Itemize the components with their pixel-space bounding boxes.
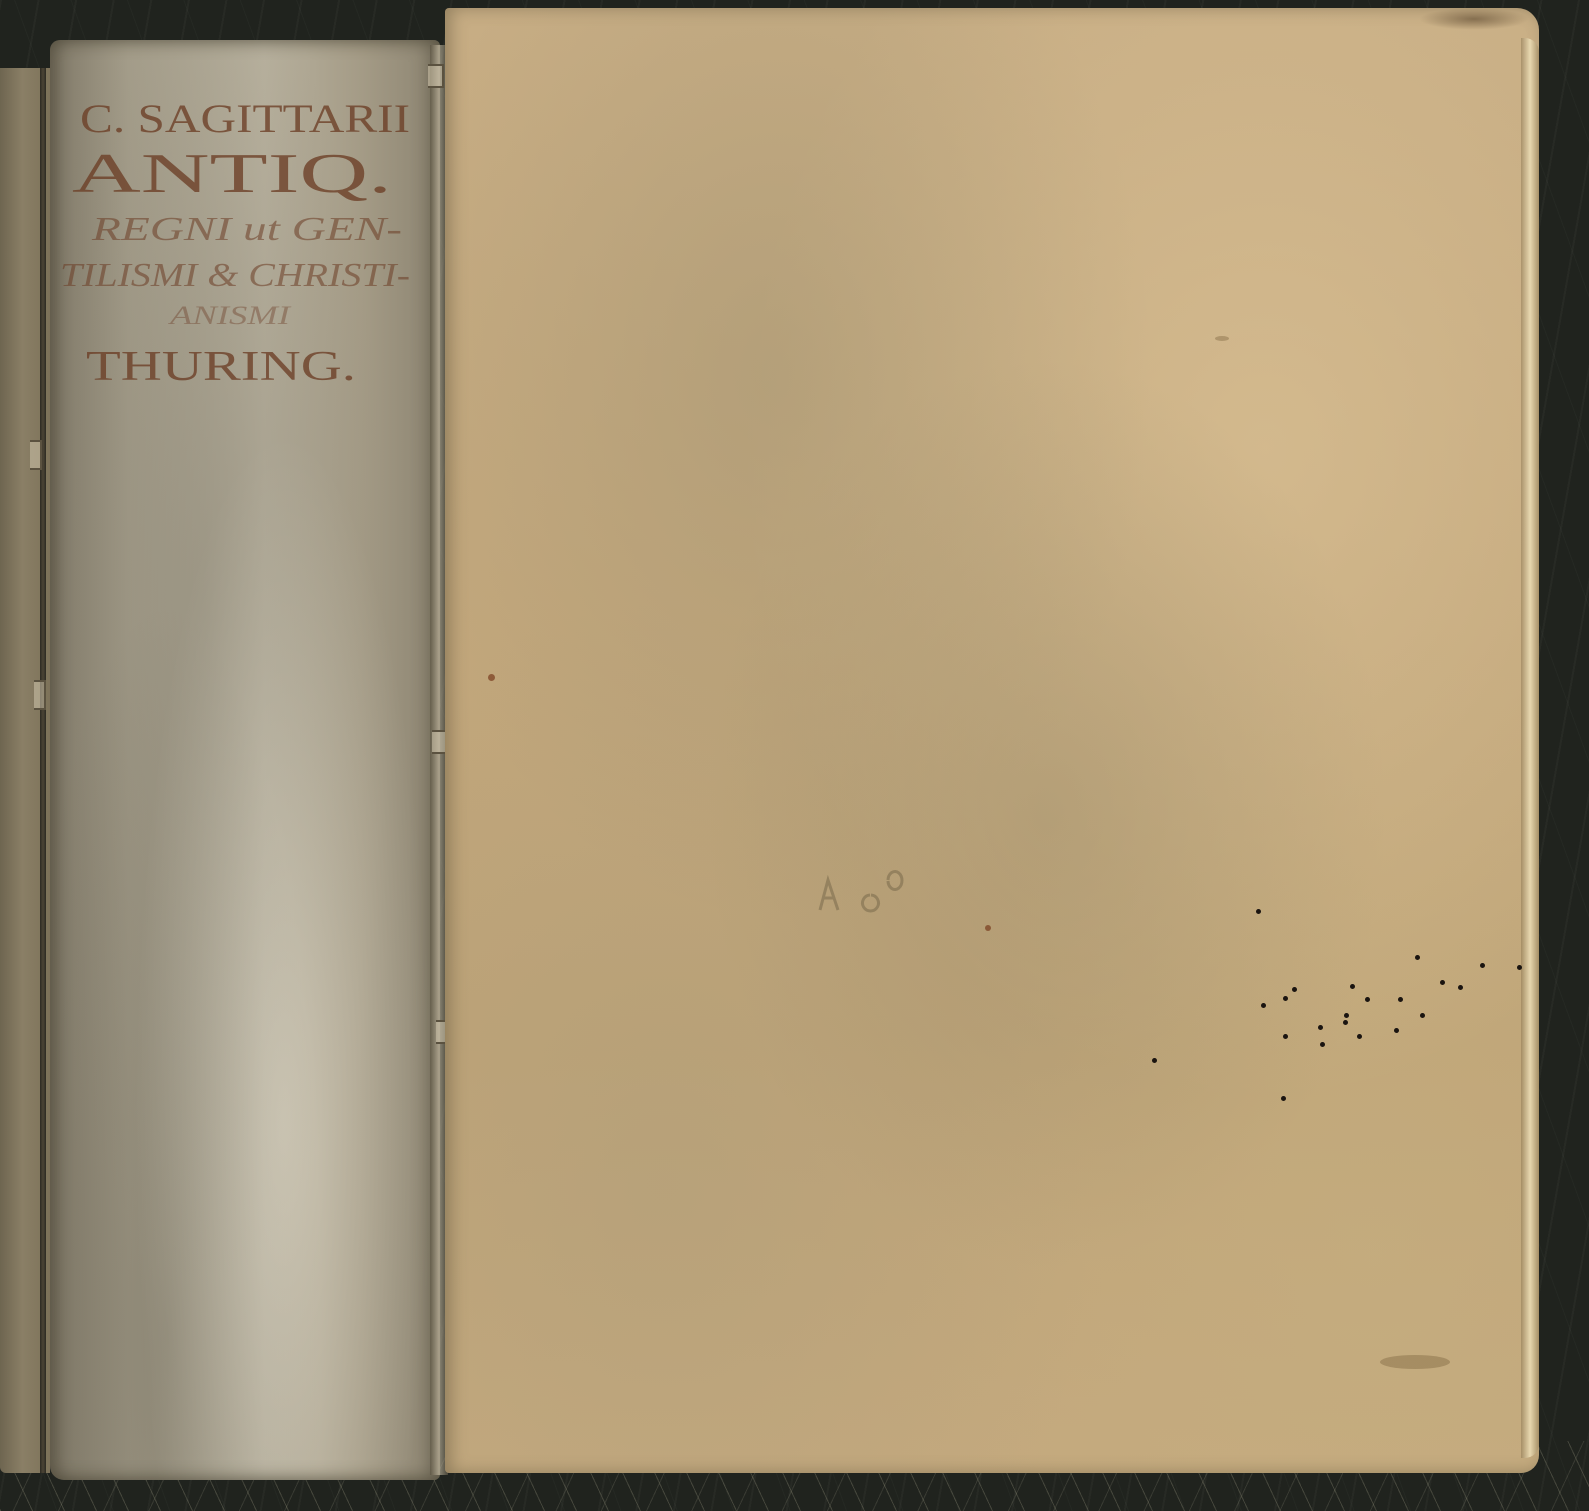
cover-corner-wear bbox=[1419, 8, 1529, 30]
wormhole bbox=[1415, 955, 1420, 960]
spine-line-anismi: ANISMI bbox=[167, 301, 292, 330]
spine-title: C. SAGITTARII ANTIQ. REGNI ut GEN- TILIS… bbox=[50, 80, 440, 440]
wormhole bbox=[1517, 965, 1522, 970]
stain bbox=[985, 925, 991, 931]
stain bbox=[488, 674, 495, 681]
hinge-tab bbox=[30, 440, 42, 470]
hinge-tab bbox=[34, 680, 46, 710]
wormhole bbox=[1398, 997, 1403, 1002]
wormhole bbox=[1394, 1028, 1399, 1033]
wormhole bbox=[1357, 1034, 1362, 1039]
wormhole bbox=[1318, 1025, 1323, 1030]
wormhole bbox=[1283, 996, 1288, 1001]
wormhole bbox=[1365, 997, 1370, 1002]
spine-line-author: C. SAGITTARII bbox=[80, 96, 410, 141]
front-cover bbox=[445, 8, 1539, 1473]
spine-line-regni: REGNI ut GEN- bbox=[91, 211, 402, 248]
wormhole bbox=[1350, 984, 1355, 989]
wormhole bbox=[1343, 1020, 1348, 1025]
spine-line-gentilismi: TILISMI & CHRISTI- bbox=[60, 257, 410, 294]
wormhole bbox=[1458, 985, 1463, 990]
wormhole bbox=[1261, 1003, 1266, 1008]
pencil-shelfmark bbox=[810, 840, 920, 920]
wormhole bbox=[1344, 1013, 1349, 1018]
stain bbox=[1380, 1355, 1450, 1369]
wormhole bbox=[1440, 980, 1445, 985]
wormhole bbox=[1480, 963, 1485, 968]
stain bbox=[1215, 336, 1229, 341]
wormhole bbox=[1283, 1034, 1288, 1039]
wormhole bbox=[1292, 987, 1297, 992]
back-cover-edge bbox=[0, 68, 50, 1473]
book-spine: C. SAGITTARII ANTIQ. REGNI ut GEN- TILIS… bbox=[50, 40, 440, 1480]
wormhole bbox=[1320, 1042, 1325, 1047]
spine-line-thuring: THURING. bbox=[86, 344, 356, 390]
back-cover-groove bbox=[40, 68, 46, 1473]
spine-line-antiq: ANTIQ. bbox=[72, 143, 392, 205]
hinge-tab bbox=[428, 64, 444, 88]
wormhole bbox=[1256, 909, 1261, 914]
wormhole bbox=[1152, 1058, 1157, 1063]
cover-fore-edge bbox=[1521, 38, 1539, 1458]
wormhole bbox=[1281, 1096, 1286, 1101]
wormhole bbox=[1420, 1013, 1425, 1018]
